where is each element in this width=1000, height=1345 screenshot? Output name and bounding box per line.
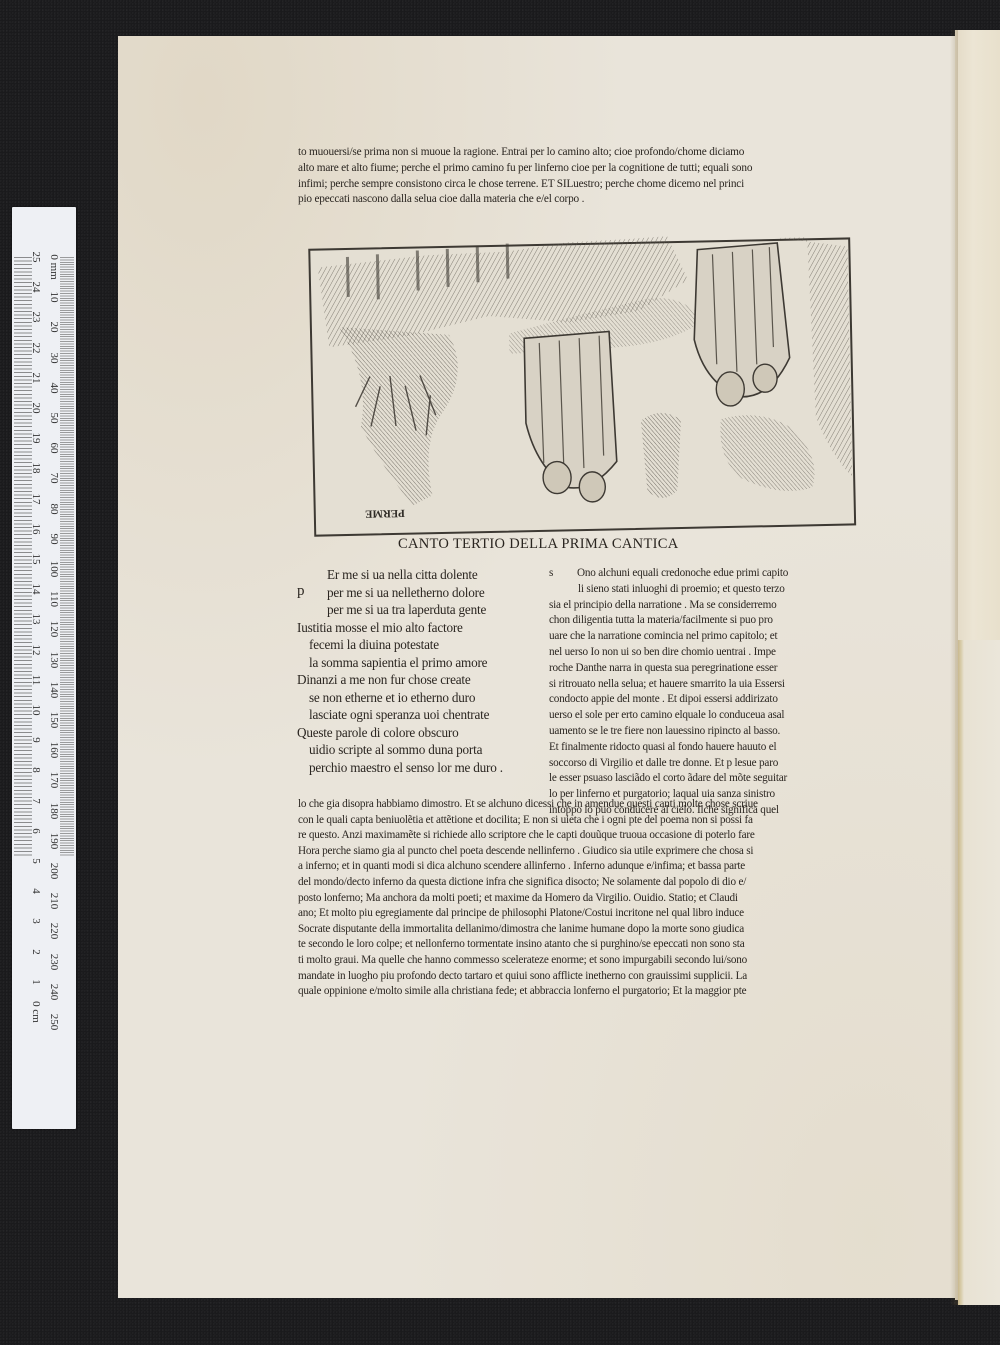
ruler-mm-label: 60 [48,433,60,463]
commentary-line: uamento se le tre fiere non lauessino ri… [549,724,849,740]
commentary-line: uare che la narratione comincia nel prim… [549,629,849,645]
ruler-mm-label: 140 [48,675,60,705]
ruler-cm-label: 9 [30,725,42,755]
verse-line: per me si ua tra laperduta gente [297,601,547,619]
commentary-line: le esser psuaso lasciãdo el corto ãdare … [549,771,849,787]
ruler-cm-label: 8 [30,755,42,785]
measurement-ruler: 2524232221201918171615141312111098765432… [12,207,76,1129]
ruler-cm-label: 25 [30,242,42,272]
commentary-line: condocto appie del monte . Et dipoi esse… [549,692,849,708]
commentary-line: uerso el sole per erto camino elquale lo… [549,708,849,724]
woodcut-inscription: PERME [365,507,405,520]
ruler-mm-label: 0 mm [48,252,60,282]
ruler-mm-label: 90 [48,524,60,554]
verse-column: p Er me si ua nella citta dolente per me… [297,566,547,776]
ruler-cm-label: 11 [30,665,42,695]
verse-line: fecemi la diuina potestate [297,636,547,654]
ruler-mm-label: 170 [48,765,60,795]
ruler-cm-label: 10 [30,695,42,725]
ruler-mm-label: 240 [48,977,60,1007]
ruler-cm-label: 6 [30,816,42,846]
ruler-mm-label: 130 [48,645,60,675]
ruler-cm-label: 4 [30,876,42,906]
ruler-cm-label: 23 [30,302,42,332]
guide-letter: s [549,566,577,582]
ruler-mm-ticks [60,257,74,857]
commentary-line: roche Danthe narra in questa sua peregri… [549,661,849,677]
commentary-line: Socrate disputante della immortalita del… [298,922,853,938]
ruler-cm-label: 19 [30,423,42,453]
ruler-mm-label: 230 [48,947,60,977]
ruler-cm-label: 12 [30,635,42,665]
commentary-line: lo che gia disopra habbiamo dimostro. Et… [298,797,853,813]
commentary-line: infimi; perche sempre consistono circa l… [298,177,870,193]
ruler-cm-label: 3 [30,906,42,936]
ruler-mm-label: 50 [48,403,60,433]
ruler-cm-label: 15 [30,544,42,574]
commentary-line: del mondo/decto inferno da questa dictio… [298,875,853,891]
commentary-line: sOno alchuni equali credonoche edue prim… [549,566,849,582]
verse-line: lasciate ogni speranza uoi chentrate [297,706,547,724]
ruler-mm-label: 200 [48,856,60,886]
commentary-line: pio epeccati nascono dalla selua cioe da… [298,192,870,208]
ruler-cm-label: 1 [30,967,42,997]
woodcut-illustration: PERME [307,216,863,537]
ruler-cm-label: 14 [30,574,42,604]
commentary-line: Hora perche siamo gia al puncto chel poe… [298,844,853,860]
commentary-line: con le quali capta beniuolẽtia et attẽti… [298,813,853,829]
ruler-cm-label: 24 [30,272,42,302]
commentary-line: a inferno; et in quanti modi si dica alc… [298,859,853,875]
ruler-mm-label: 10 [48,282,60,312]
commentary-line: sia el principio della narratione . Ma s… [549,598,849,614]
ruler-mm-label: 210 [48,886,60,916]
commentary-line: quale oppinione e/molto simile alla chri… [298,984,853,1000]
verse-line: Dinanzi a me non fur chose create [297,671,547,689]
ruler-mm-label: 100 [48,554,60,584]
commentary-line: ti molto graui. Ma quelle che hanno comm… [298,953,853,969]
commentary-line: Et finalmente ridocto quasi al fondo hau… [549,740,849,756]
commentary-line: si ritrouato nella selua; et hauere smar… [549,677,849,693]
commentary-line: soccorso di Virgilio et dalle tre donne.… [549,756,849,772]
ruler-mm-label: 80 [48,494,60,524]
ruler-mm-label: 180 [48,796,60,826]
ruler-mm-label: 20 [48,312,60,342]
ruler-cm-label: 13 [30,604,42,634]
ruler-mm-label: 250 [48,1007,60,1037]
ruler-cm-label: 22 [30,333,42,363]
verse-line: perchio maestro el senso lor me duro . [297,759,547,777]
woodcut-image: PERME [307,216,863,537]
commentary-line: to muouersi/se prima non si muoue la rag… [298,145,870,161]
ruler-mm-label: 110 [48,584,60,614]
verse-line: Iustitia mosse el mio alto factore [297,619,547,637]
verse-line: Queste parole di colore obscuro [297,724,547,742]
ruler-mm-label: 70 [48,463,60,493]
verse-line: se non etherne et io etherno duro [297,689,547,707]
ruler-cm-label: 18 [30,453,42,483]
verse-line: uidio scripte al sommo duna porta [297,741,547,759]
ruler-cm-label: 0 cm [30,997,42,1027]
commentary-bottom: lo che gia disopra habbiamo dimostro. Et… [298,797,853,1000]
commentary-line: re questo. Anzi maximamẽte si richiede a… [298,828,853,844]
ruler-cm-label: 5 [30,846,42,876]
ruler-mm-label: 220 [48,916,60,946]
commentary-line: mandate in luogho piu profondo decto tar… [298,969,853,985]
ruler-mm-label: 190 [48,826,60,856]
adjacent-page-fore-edge [958,640,1000,1305]
ruler-mm-label: 40 [48,373,60,403]
ruler-cm-label: 21 [30,363,42,393]
ruler-cm-label: 16 [30,514,42,544]
verse-line: Er me si ua nella citta dolente [297,566,547,584]
verse-line: per me si ua nelletherno dolore [297,584,547,602]
guide-letter: p [297,583,304,601]
commentary-line: ano; Et molto piu egregiamente dal princ… [298,906,853,922]
commentary-line: posto lonferno; Ma anchora da molti poet… [298,891,853,907]
ruler-cm-label: 7 [30,786,42,816]
ruler-mm-label: 150 [48,705,60,735]
ruler-cm-label: 17 [30,484,42,514]
commentary-line: nel uerso Io non ui so ben dire chomio u… [549,645,849,661]
commentary-line: chon diligentia tutta la materia/facilme… [549,613,849,629]
commentary-line: alto mare et alto fiume; perche el primo… [298,161,870,177]
canto-heading: CANTO TERTIO DELLA PRIMA CANTICA [398,536,678,553]
gutter-shadow [950,30,958,1305]
ruler-mm-label: 30 [48,343,60,373]
verse-line: la somma sapientia el primo amore [297,654,547,672]
commentary-top: to muouersi/se prima non si muoue la rag… [298,145,870,208]
ruler-mm-label: 160 [48,735,60,765]
commentary-line: li sieno stati inluoghi di proemio; et q… [549,582,849,598]
ruler-cm-label: 2 [30,937,42,967]
commentary-right-column: sOno alchuni equali credonoche edue prim… [549,566,849,819]
commentary-line: te secondo le loro colpe; et nellonferno… [298,937,853,953]
ruler-cm-label: 20 [30,393,42,423]
ruler-mm-label: 120 [48,614,60,644]
